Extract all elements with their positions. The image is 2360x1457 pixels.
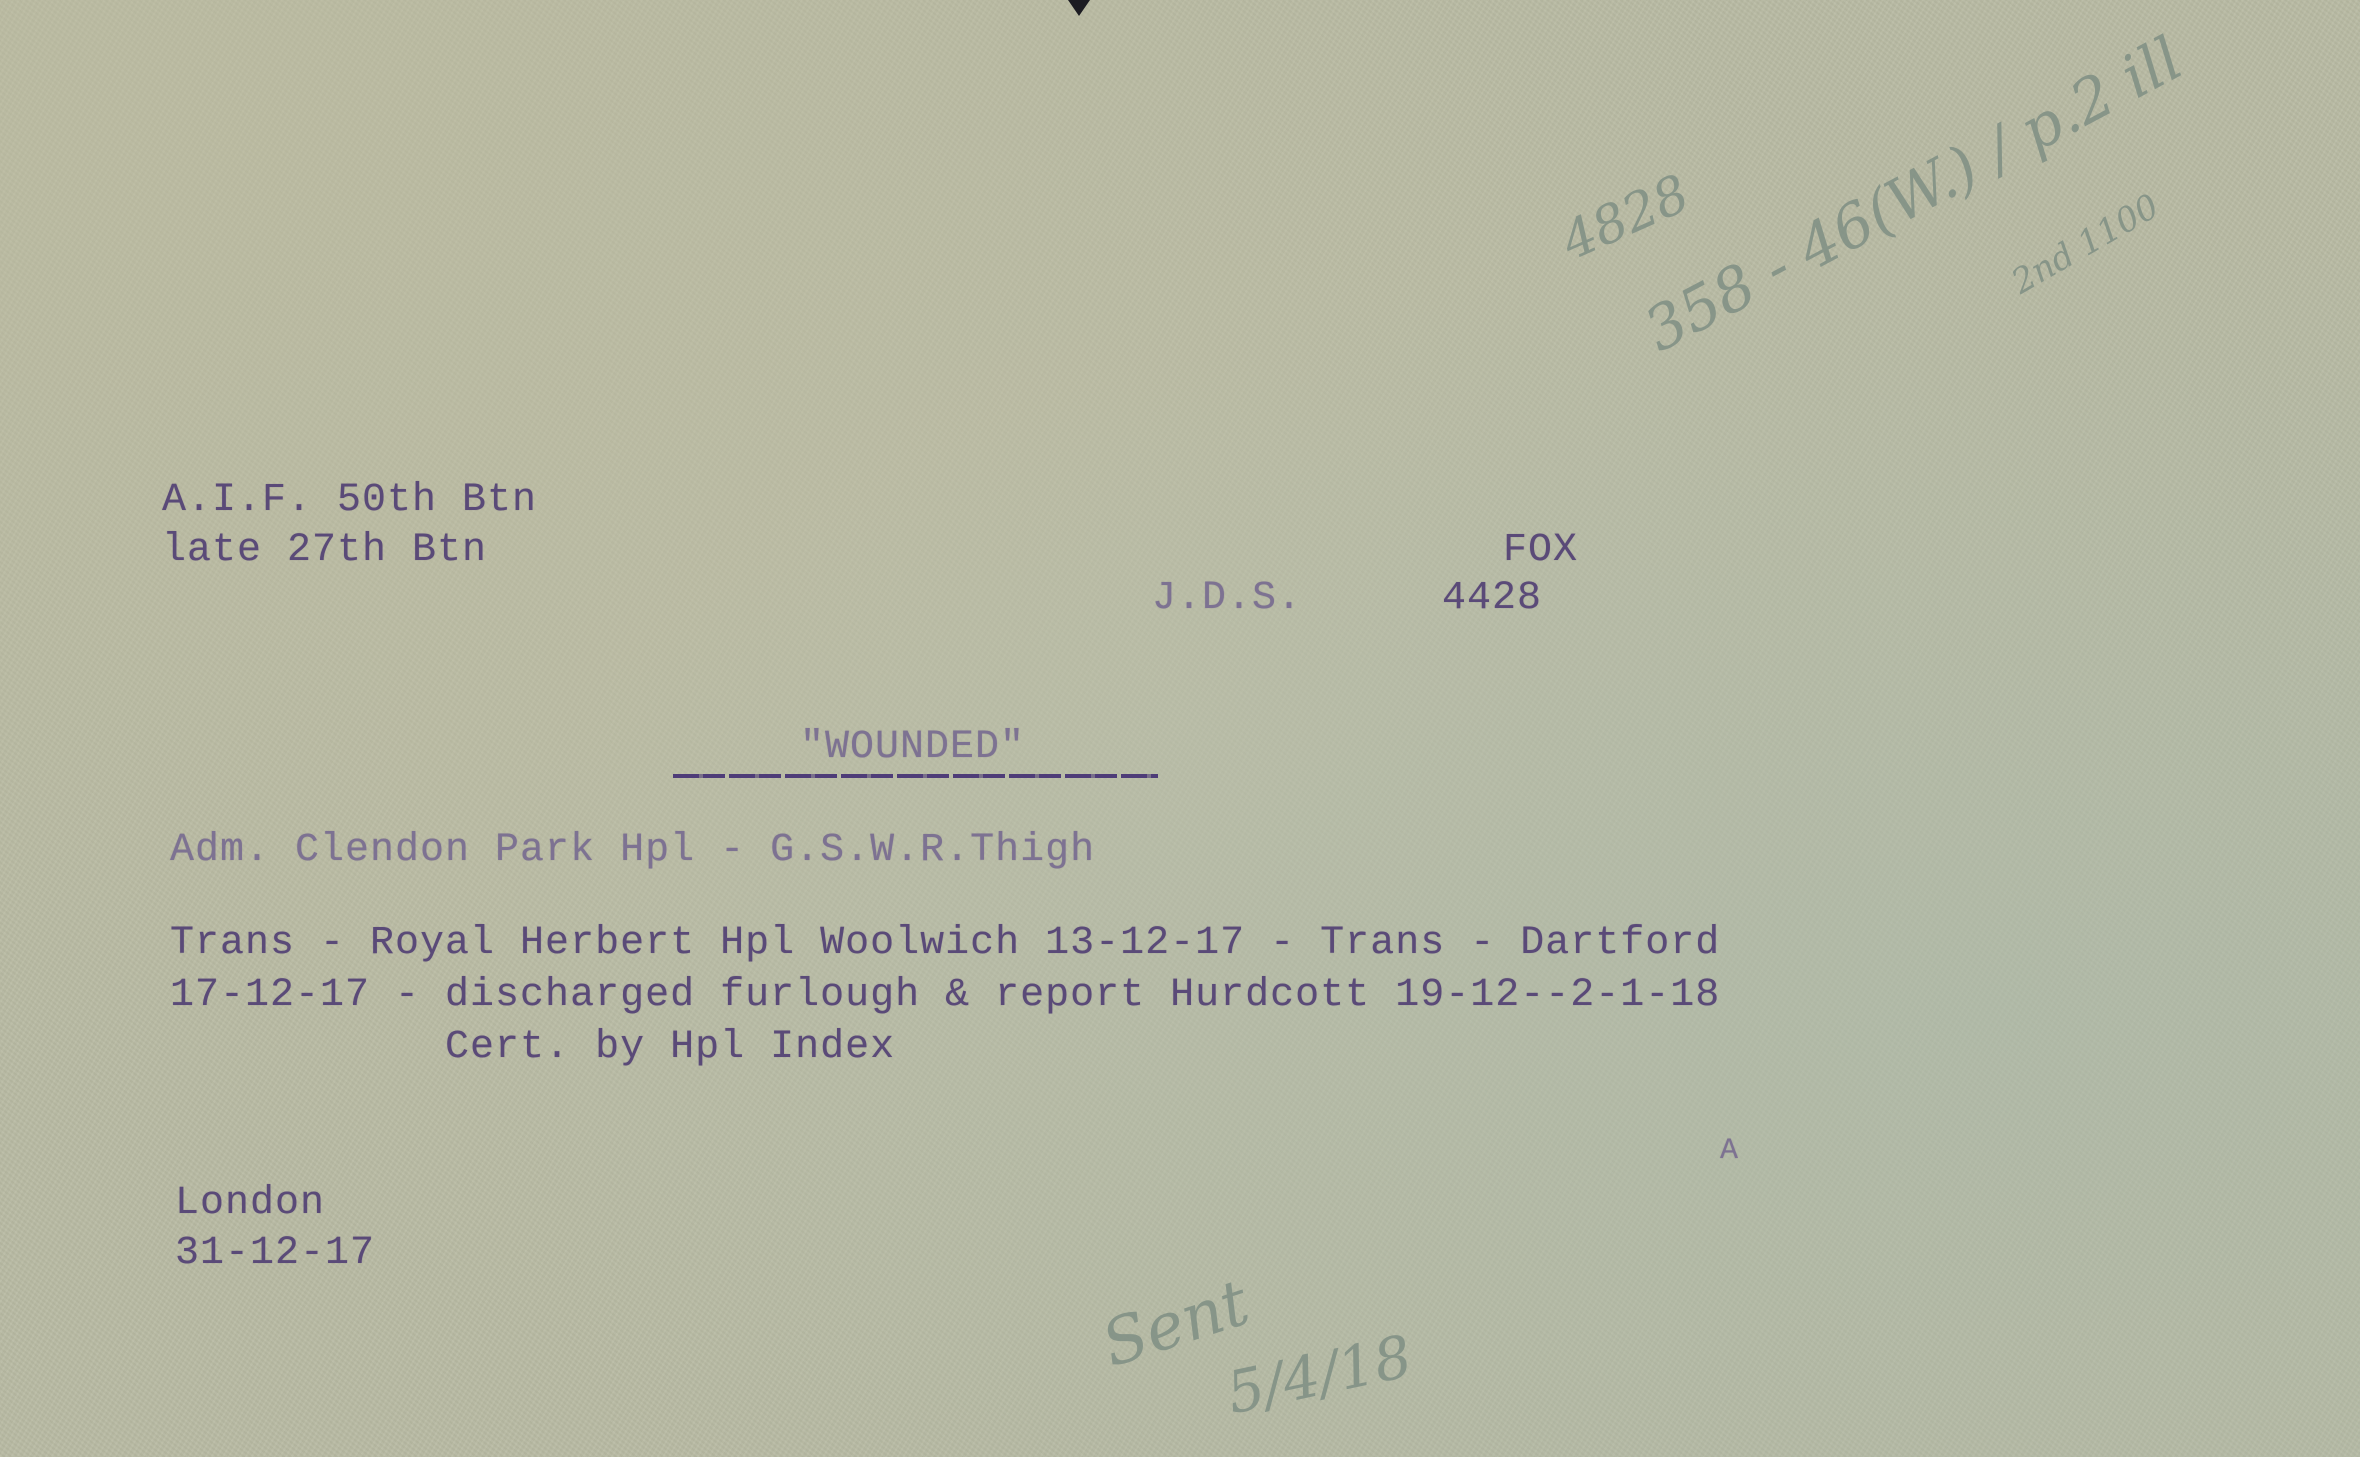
footer-place: London — [175, 1178, 325, 1230]
stray-typed-mark: A — [1720, 1125, 1739, 1177]
surname: FOX — [1503, 525, 1578, 577]
punch-hole-mark — [1068, 0, 1090, 16]
service-number: 4428 — [1442, 573, 1542, 625]
record-card: 4828 358 - 46(W.) / p.2 ill 2nd 1100 A.I… — [0, 0, 2360, 1457]
footer-date: 31-12-17 — [175, 1228, 375, 1280]
transfer-line-3: Cert. by Hpl Index — [170, 1022, 895, 1074]
transfer-line-2: 17-12-17 - discharged furlough & report … — [170, 970, 1720, 1022]
status-heading: "WOUNDED" — [800, 722, 1025, 774]
pencil-number: 4828 — [1553, 164, 1698, 273]
status-underline — [673, 774, 1158, 778]
unit-line-2: late 27th Btn — [162, 525, 487, 577]
initials: J.D.S. — [1152, 573, 1302, 625]
pencil-note: 2nd 1100 — [2005, 186, 2166, 302]
unit-line-1: A.I.F. 50th Btn — [162, 475, 537, 527]
admission-line: Adm. Clendon Park Hpl - G.S.W.R.Thigh — [170, 825, 1095, 877]
transfer-line-1: Trans - Royal Herbert Hpl Woolwich 13-12… — [170, 918, 1720, 970]
pencil-reference: 358 - 46(W.) / p.2 ill — [1634, 24, 2194, 366]
